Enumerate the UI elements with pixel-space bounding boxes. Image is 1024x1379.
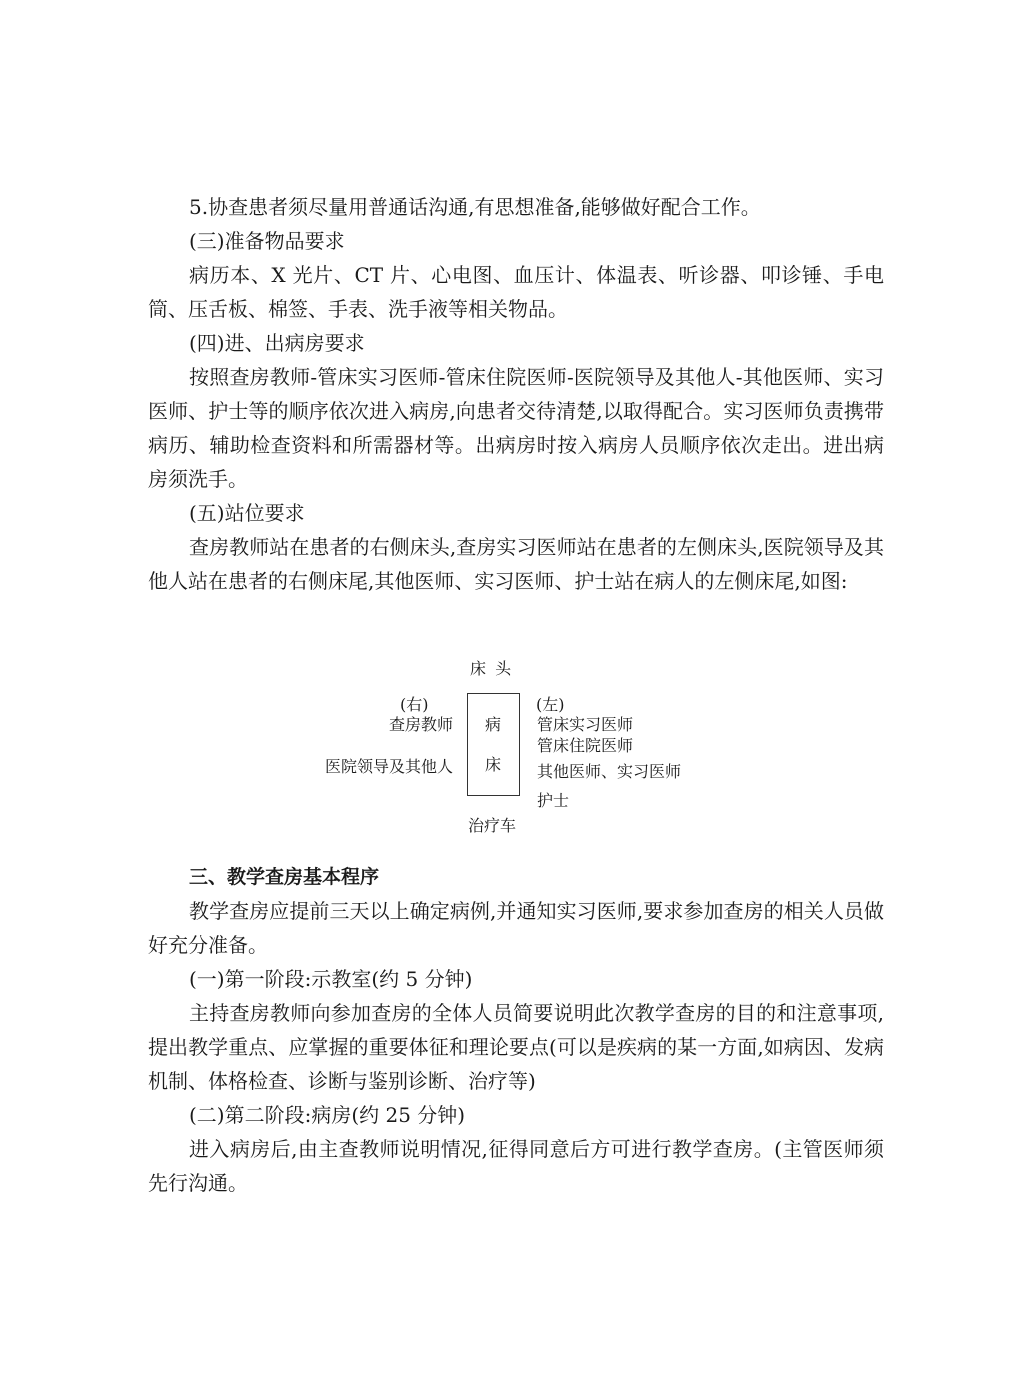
item-5: 5.协查患者须尽量用普通话沟通,有思想准备,能够做好配合工作。	[148, 190, 884, 224]
heading-enter-exit: (四)进、出病房要求	[148, 326, 884, 360]
section-3-title: 三、教学查房基本程序	[148, 860, 884, 894]
positions-text: 查房教师站在患者的右侧床头,查房实习医师站在患者的左侧床头,医院领导及其他人站在…	[148, 530, 884, 632]
right-position-1: 查房教师	[389, 715, 453, 735]
heading-prep-items: (三)准备物品要求	[148, 224, 884, 258]
right-side-label: (右)	[400, 695, 429, 715]
bed-position-diagram: 床 头 (右) (左) 病 床 查房教师 医院领导及其他人 管床实习医师 管床住…	[300, 655, 720, 840]
bed-char-1: 病	[485, 715, 501, 735]
left-side-label: (左)	[536, 695, 565, 715]
prep-items-text: 病历本、X 光片、CT 片、心电图、血压计、体温表、听诊器、叩诊锤、手电筒、压舌…	[148, 258, 884, 326]
enter-exit-text: 按照查房教师-管床实习医师-管床住院医师-医院领导及其他人-其他医师、实习医师、…	[148, 360, 884, 496]
bed-box	[467, 693, 520, 796]
left-position-2: 管床住院医师	[537, 736, 633, 756]
right-position-2: 医院领导及其他人	[325, 757, 453, 777]
stage-2-heading: (二)第二阶段:病房(约 25 分钟)	[148, 1098, 884, 1132]
stage-2-text: 进入病房后,由主查教师说明情况,征得同意后方可进行教学查房。(主管医师须先行沟通…	[148, 1132, 884, 1200]
stage-1-text: 主持查房教师向参加查房的全体人员简要说明此次教学查房的目的和注意事项,提出教学重…	[148, 996, 884, 1098]
left-position-3: 其他医师、实习医师	[537, 762, 681, 782]
left-position-4: 护士	[537, 791, 569, 811]
section-3-intro: 教学查房应提前三天以上确定病例,并通知实习医师,要求参加查房的相关人员做好充分准…	[148, 894, 884, 962]
bed-foot-label: 治疗车	[468, 816, 516, 836]
heading-positions: (五)站位要求	[148, 496, 884, 530]
section-3: 三、教学查房基本程序 教学查房应提前三天以上确定病例,并通知实习医师,要求参加查…	[148, 860, 884, 1200]
stage-1-heading: (一)第一阶段:示教室(约 5 分钟)	[148, 962, 884, 996]
document-page: 5.协查患者须尽量用普通话沟通,有思想准备,能够做好配合工作。 (三)准备物品要…	[148, 190, 884, 632]
bed-head-label: 床 头	[470, 659, 513, 679]
bed-char-2: 床	[485, 755, 501, 775]
left-position-1: 管床实习医师	[537, 715, 633, 735]
